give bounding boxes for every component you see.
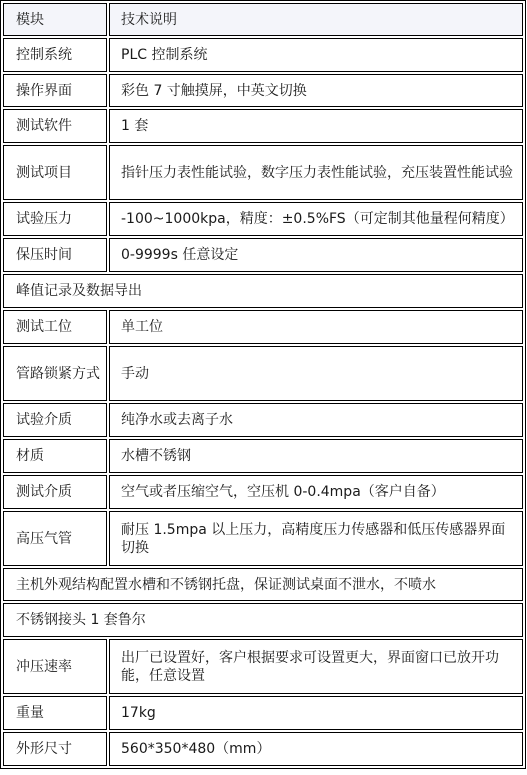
table-row: 试验压力 -100~1000kpa，精度：±0.5%FS（可定制其他量程何精度） — [3, 202, 523, 236]
row-key: 操作界面 — [3, 74, 107, 107]
table-row: 测试项目 指针压力表性能试验，数字压力表性能试验，充压装置性能试验 — [3, 145, 523, 200]
row-key: 测试项目 — [3, 145, 107, 200]
table-row: 操作界面 彩色 7 寸触摸屏，中英文切换 — [3, 74, 523, 107]
row-value: 彩色 7 寸触摸屏，中英文切换 — [109, 74, 523, 107]
row-value: 0-9999s 任意设定 — [109, 238, 523, 272]
table-row: 控制系统 PLC 控制系统 — [3, 38, 523, 72]
row-span-text: 主机外观结构配置水槽和不锈钢托盘，保证测试桌面不泄水，不喷水 — [3, 568, 523, 601]
spec-table: 模块 技术说明 控制系统 PLC 控制系统 操作界面 彩色 7 寸触摸屏，中英文… — [0, 0, 526, 769]
row-key: 高压气管 — [3, 511, 107, 566]
row-key: 测试介质 — [3, 475, 107, 509]
row-key: 外形尺寸 — [3, 732, 107, 766]
row-value: 17kg — [109, 696, 523, 730]
row-key: 重量 — [3, 696, 107, 730]
row-span-text: 峰值记录及数据导出 — [3, 274, 523, 308]
row-key: 管路锁紧方式 — [3, 346, 107, 401]
table-row: 材质 水槽不锈钢 — [3, 439, 523, 473]
row-key: 试验压力 — [3, 202, 107, 236]
row-value: 水槽不锈钢 — [109, 439, 523, 473]
row-key: 控制系统 — [3, 38, 107, 72]
row-value: 单工位 — [109, 310, 523, 344]
table-header-row: 模块 技术说明 — [3, 3, 523, 36]
row-key: 测试软件 — [3, 109, 107, 143]
table-row: 测试介质 空气或者压缩空气，空压机 0-0.4mpa（客户自备） — [3, 475, 523, 509]
row-value: 纯净水或去离子水 — [109, 403, 523, 437]
table-row-span: 峰值记录及数据导出 — [3, 274, 523, 308]
table-row-span: 主机外观结构配置水槽和不锈钢托盘，保证测试桌面不泄水，不喷水 — [3, 568, 523, 601]
row-value: 560*350*480（mm） — [109, 732, 523, 766]
table-row: 管路锁紧方式 手动 — [3, 346, 523, 401]
row-value: 指针压力表性能试验，数字压力表性能试验，充压装置性能试验 — [109, 145, 523, 200]
row-value: 手动 — [109, 346, 523, 401]
row-key: 材质 — [3, 439, 107, 473]
header-description: 技术说明 — [109, 3, 523, 36]
row-value: PLC 控制系统 — [109, 38, 523, 72]
row-value: 耐压 1.5mpa 以上压力，高精度压力传感器和低压传感器界面切换 — [109, 511, 523, 566]
table-row: 保压时间 0-9999s 任意设定 — [3, 238, 523, 272]
table-row: 试验介质 纯净水或去离子水 — [3, 403, 523, 437]
row-key: 保压时间 — [3, 238, 107, 272]
row-key: 测试工位 — [3, 310, 107, 344]
table-row: 外形尺寸 560*350*480（mm） — [3, 732, 523, 766]
row-value: -100~1000kpa，精度：±0.5%FS（可定制其他量程何精度） — [109, 202, 523, 236]
table-row: 测试软件 1 套 — [3, 109, 523, 143]
header-module: 模块 — [3, 3, 107, 36]
row-value: 出厂已设置好，客户根据要求可设置更大，界面窗口已放开功能，任意设置 — [109, 639, 523, 694]
table-row: 测试工位 单工位 — [3, 310, 523, 344]
table-row: 重量 17kg — [3, 696, 523, 730]
row-key: 冲压速率 — [3, 639, 107, 694]
table-row-span: 不锈钢接头 1 套鲁尔 — [3, 603, 523, 637]
row-value: 1 套 — [109, 109, 523, 143]
row-span-text: 不锈钢接头 1 套鲁尔 — [3, 603, 523, 637]
row-key: 试验介质 — [3, 403, 107, 437]
table-row: 冲压速率 出厂已设置好，客户根据要求可设置更大，界面窗口已放开功能，任意设置 — [3, 639, 523, 694]
row-value: 空气或者压缩空气，空压机 0-0.4mpa（客户自备） — [109, 475, 523, 509]
table-row: 高压气管 耐压 1.5mpa 以上压力，高精度压力传感器和低压传感器界面切换 — [3, 511, 523, 566]
